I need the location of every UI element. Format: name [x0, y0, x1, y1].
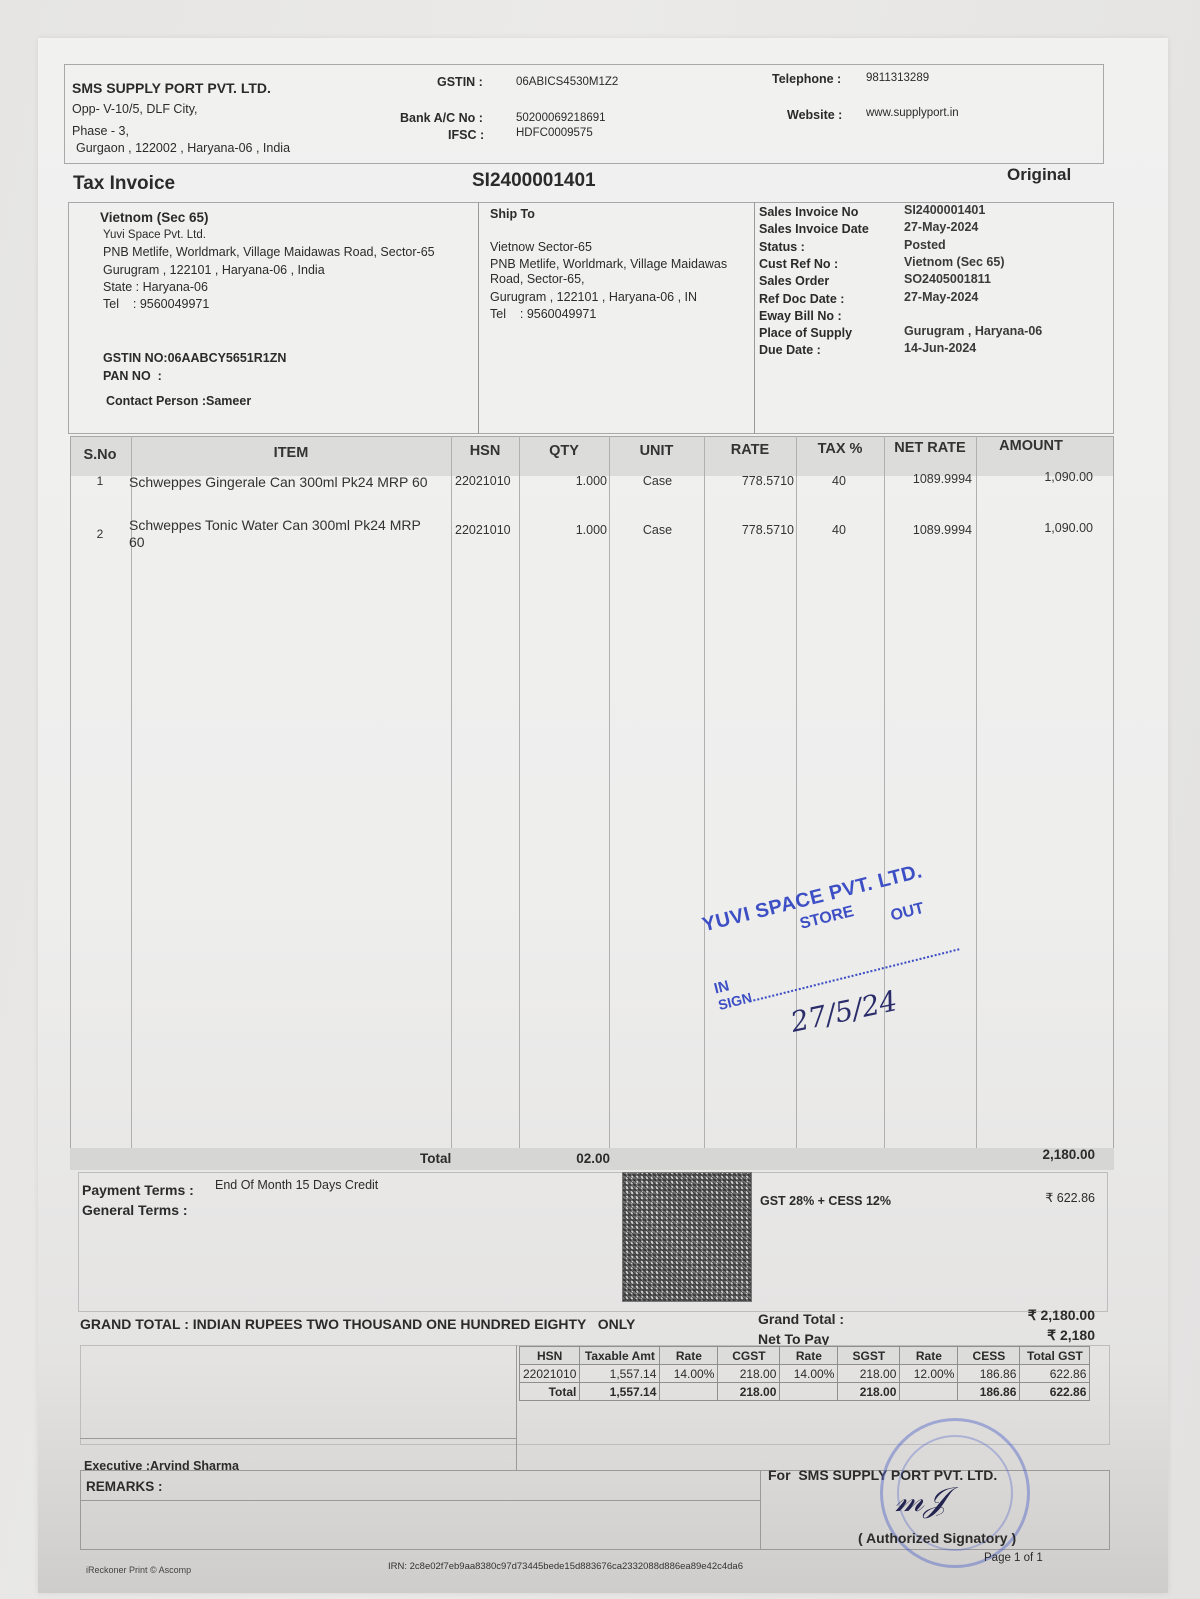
- net-to-pay-value: ₹ 2,180: [980, 1327, 1095, 1344]
- signature: 𝓂𝒥: [895, 1480, 947, 1520]
- tax-summary-label: GST 28% + CESS 12%: [760, 1194, 891, 1208]
- meta-value: Vietnom (Sec 65): [904, 255, 1005, 269]
- bill-to-line: Gurugram , 122101 , Haryana-06 , India: [103, 263, 325, 277]
- meta-value: SO2405001811: [904, 272, 991, 286]
- gst-total-cell: 186.86: [958, 1383, 1020, 1401]
- copy-type: Original: [1007, 165, 1071, 185]
- ship-to-line: Gurugram , 122101 , Haryana-06 , IN: [490, 290, 697, 304]
- gst-col-header: Rate: [780, 1347, 838, 1365]
- terms-box: [78, 1172, 1108, 1312]
- gst-total-cell: Total: [520, 1383, 580, 1401]
- meta-label: Cust Ref No :: [759, 257, 838, 271]
- gst-total-cell: 218.00: [838, 1383, 900, 1401]
- col-header-net-rate: NET RATE: [884, 440, 976, 456]
- gst-cell: 12.00%: [900, 1365, 958, 1383]
- meta-value: 27-May-2024: [904, 290, 978, 304]
- meta-label: Sales Invoice Date: [759, 222, 869, 236]
- grand-total-label: Grand Total :: [758, 1311, 844, 1327]
- gst-cell: 218.00: [718, 1365, 780, 1383]
- gst-col-header: CESS: [958, 1347, 1020, 1365]
- cell-rate: 778.5710: [706, 474, 794, 488]
- total-label: Total: [420, 1151, 451, 1166]
- gst-col-header: Taxable Amt: [580, 1347, 660, 1365]
- meta-label: Sales Invoice No: [759, 205, 858, 219]
- gst-total-cell: 1,557.14: [580, 1383, 660, 1401]
- gst-col-header: CGST: [718, 1347, 780, 1365]
- gst-col-header: SGST: [838, 1347, 900, 1365]
- bill-to-line: State : Haryana-06: [103, 280, 208, 294]
- gst-total-cell: [900, 1383, 958, 1401]
- bill-to-line: PNB Metlife, Worldmark, Village Maidawas…: [103, 245, 435, 259]
- gst-cell: 1,557.14: [580, 1365, 660, 1383]
- total-amount: 2,180.00: [1000, 1147, 1095, 1162]
- gst-cell: 186.86: [958, 1365, 1020, 1383]
- gst-col-header: HSN: [520, 1347, 580, 1365]
- company-gstin: 06ABICS4530M1Z2: [516, 76, 618, 88]
- gst-cell: 22021010: [520, 1365, 580, 1383]
- payment-terms-label: Payment Terms :: [82, 1182, 194, 1198]
- gst-cell: 218.00: [838, 1365, 900, 1383]
- meta-label: Eway Bill No :: [759, 309, 842, 323]
- ship-to-line: Tel : 9560049971: [490, 307, 596, 321]
- items-table: [70, 436, 1114, 1170]
- bill-to-line: Yuvi Space Pvt. Ltd.: [103, 229, 206, 241]
- cell-amount: 1,090.00: [990, 521, 1093, 535]
- cell-qty: 1.000: [525, 523, 607, 537]
- col-header-hsn: HSN: [451, 443, 519, 459]
- ifsc-code: HDFC0009575: [516, 127, 593, 139]
- gst-breakup-table: HSNTaxable AmtRateCGSTRateSGSTRateCESSTo…: [519, 1346, 1090, 1401]
- col-header-unit: UNIT: [609, 443, 704, 459]
- ifsc-label: IFSC :: [448, 128, 484, 142]
- irn-number: IRN: 2c8e02f7eb9aa8380c97d73445bede15d88…: [388, 1561, 743, 1572]
- grand-total-value: ₹ 2,180.00: [980, 1307, 1095, 1324]
- cell-net-rate: 1089.9994: [886, 523, 972, 537]
- gst-total-cell: 218.00: [718, 1383, 780, 1401]
- software-credit: iReckoner Print © Ascomp: [86, 1565, 191, 1575]
- meta-value: Gurugram , Haryana-06: [904, 324, 1042, 338]
- company-name: SMS SUPPLY PORT PVT. LTD.: [72, 80, 271, 96]
- cell-amount: 1,090.00: [990, 470, 1093, 484]
- cell-sno: 1: [90, 474, 110, 488]
- meta-label: Status :: [759, 240, 805, 254]
- cell-hsn: 22021010: [455, 474, 519, 488]
- cell-rate: 778.5710: [706, 523, 794, 537]
- contact-person: Contact Person :Sameer: [106, 394, 251, 408]
- cell-tax: 40: [800, 523, 878, 537]
- total-qty: 02.00: [540, 1151, 610, 1166]
- bill-to-gstin: GSTIN NO:06AABCY5651R1ZN: [103, 351, 286, 365]
- telephone-label: Telephone :: [772, 72, 841, 86]
- ship-to-line: Road, Sector-65,: [490, 272, 585, 286]
- payment-terms-value: End Of Month 15 Days Credit: [215, 1178, 378, 1192]
- qr-code: [622, 1172, 752, 1302]
- company-address-line: Opp- V-10/5, DLF City,: [72, 102, 198, 116]
- col-header-tax: TAX %: [796, 441, 884, 457]
- bank-label: Bank A/C No :: [400, 111, 483, 125]
- meta-value: SI2400001401: [904, 203, 985, 217]
- cell-tax: 40: [800, 474, 878, 488]
- general-terms-label: General Terms :: [82, 1202, 188, 1218]
- cell-net-rate: 1089.9994: [886, 472, 972, 486]
- bill-to-name: Vietnom (Sec 65): [100, 210, 209, 225]
- meta-label: Sales Order: [759, 274, 829, 288]
- ship-to-line: PNB Metlife, Worldmark, Village Maidawas: [490, 257, 727, 271]
- cell-item: Schweppes Tonic Water Can 300ml Pk24 MRP: [129, 517, 449, 533]
- gst-col-header: Rate: [660, 1347, 718, 1365]
- gst-total-cell: 622.86: [1020, 1383, 1090, 1401]
- ship-to-heading: Ship To: [490, 207, 535, 221]
- ship-to-line: Vietnow Sector-65: [490, 240, 592, 254]
- company-address-line: Phase - 3,: [72, 124, 129, 138]
- company-website[interactable]: www.supplyport.in: [866, 107, 959, 119]
- tax-summary-value: ₹ 622.86: [1000, 1190, 1095, 1205]
- authorized-signatory: ( Authorized Signatory ): [858, 1530, 1016, 1546]
- cell-item: Schweppes Gingerale Can 300ml Pk24 MRP 6…: [129, 474, 449, 490]
- remarks-label: REMARKS :: [86, 1479, 163, 1494]
- col-header-sno: S.No: [70, 447, 130, 463]
- cell-sno: 2: [90, 527, 110, 541]
- gst-total-cell: [780, 1383, 838, 1401]
- meta-label: Place of Supply: [759, 326, 852, 340]
- company-telephone: 9811313289: [866, 72, 929, 84]
- gst-cell: 14.00%: [660, 1365, 718, 1383]
- col-header-qty: QTY: [519, 443, 609, 459]
- gst-cell: 14.00%: [780, 1365, 838, 1383]
- page-number: Page 1 of 1: [984, 1552, 1043, 1564]
- gst-cell: 622.86: [1020, 1365, 1090, 1383]
- cell-unit: Case: [620, 523, 695, 537]
- cell-unit: Case: [620, 474, 695, 488]
- cell-item2: 60: [129, 534, 189, 550]
- col-header-item: ITEM: [131, 445, 451, 461]
- col-header-rate: RATE: [704, 442, 796, 458]
- meta-label: Due Date :: [759, 343, 821, 357]
- gst-col-header: Total GST: [1020, 1347, 1090, 1365]
- gst-col-header: Rate: [900, 1347, 958, 1365]
- company-address-line: Gurgaon , 122002 , Haryana-06 , India: [76, 141, 290, 155]
- gstin-label: GSTIN :: [437, 75, 483, 89]
- document-title: Tax Invoice: [73, 173, 175, 195]
- meta-value: 14-Jun-2024: [904, 341, 976, 355]
- cell-qty: 1.000: [525, 474, 607, 488]
- meta-value: 27-May-2024: [904, 220, 978, 234]
- meta-value: Posted: [904, 238, 946, 252]
- bank-account: 50200069218691: [516, 112, 606, 124]
- bill-to-pan: PAN NO :: [103, 369, 162, 383]
- invoice-number-title: SI2400001401: [472, 170, 596, 192]
- meta-label: Ref Doc Date :: [759, 292, 844, 306]
- grand-total-words: GRAND TOTAL : INDIAN RUPEES TWO THOUSAND…: [80, 1316, 635, 1332]
- bill-to-line: Tel : 9560049971: [103, 297, 209, 311]
- cell-hsn: 22021010: [455, 523, 519, 537]
- col-header-amount: AMOUNT: [976, 438, 1086, 454]
- gst-total-cell: [660, 1383, 718, 1401]
- website-label: Website :: [787, 108, 842, 122]
